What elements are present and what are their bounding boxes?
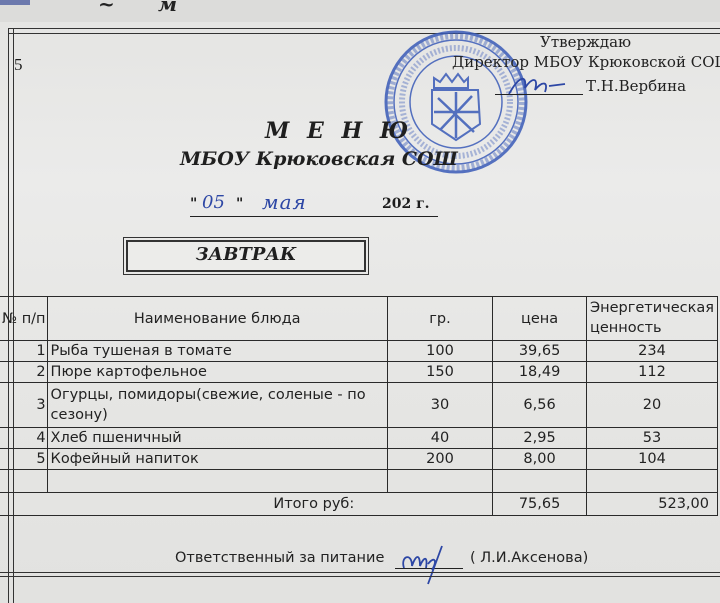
date-day: 05: [202, 192, 225, 213]
cell-price: 8,00: [493, 449, 587, 470]
cell-grams: 40: [387, 428, 492, 449]
approval-title: Утверждаю: [540, 33, 631, 51]
date-year: 202 г.: [382, 196, 430, 212]
cell-name: Хлеб пшеничный: [47, 428, 387, 449]
col-header-name: Наименование блюда: [47, 297, 387, 341]
cell-no: 4: [0, 428, 47, 449]
cell-energy: 20: [587, 383, 718, 428]
cell-name: Рыба тушеная в томате: [47, 341, 387, 362]
cell-name: Кофейный напиток: [47, 449, 387, 470]
ink-mark: [0, 0, 30, 5]
cell-energy: 112: [587, 362, 718, 383]
cell-energy: 234: [587, 341, 718, 362]
date-open-quote: ": [190, 196, 197, 212]
table-row: 2 Пюре картофельное 150 18,49 112: [0, 362, 718, 383]
meal-heading: ЗАВТРАК: [128, 244, 364, 265]
cell-price: 18,49: [493, 362, 587, 383]
menu-date: " 05 " мая 202 г.: [190, 196, 438, 217]
responsible-signature-icon: [398, 542, 458, 586]
director-name: Т.Н.Вербина: [586, 77, 686, 95]
cell-grams: 100: [387, 341, 492, 362]
page-number: 5: [14, 55, 23, 75]
cell-empty: [587, 470, 718, 493]
cell-no: 3: [0, 383, 47, 428]
menu-title: М Е Н Ю: [265, 118, 413, 144]
cell-price: 39,65: [493, 341, 587, 362]
cell-price: 6,56: [493, 383, 587, 428]
torn-page-fragment: ~ м: [0, 0, 720, 22]
clipped-text-fragment: м: [158, 0, 177, 16]
cell-grams: 150: [387, 362, 492, 383]
table-row: 1 Рыба тушеная в томате 100 39,65 234: [0, 341, 718, 362]
table-row: 5 Кофейный напиток 200 8,00 104: [0, 449, 718, 470]
table-row-empty: [0, 470, 718, 493]
cell-energy: 104: [587, 449, 718, 470]
cell-no: 2: [0, 362, 47, 383]
cell-grams: 30: [387, 383, 492, 428]
cell-no: 1: [0, 341, 47, 362]
cell-price: 2,95: [493, 428, 587, 449]
col-header-grams: гр.: [387, 297, 492, 341]
cell-empty: [493, 470, 587, 493]
date-month: мая: [262, 190, 307, 214]
meal-heading-box: ЗАВТРАК: [126, 240, 366, 272]
cell-name: Пюре картофельное: [47, 362, 387, 383]
date-close-quote: ": [236, 196, 243, 212]
table-header-row: № п/п Наименование блюда гр. цена Энерге…: [0, 297, 718, 341]
total-price: 75,65: [493, 493, 587, 516]
total-label: Итого руб:: [0, 493, 493, 516]
col-header-energy: Энергетическая ценность: [587, 297, 718, 341]
responsible-label: Ответственный за питание: [175, 550, 384, 566]
table-row: 3 Огурцы, помидоры(свежие, соленые - по …: [0, 383, 718, 428]
cell-empty: [47, 470, 387, 493]
approval-role: Директор МБОУ Крюковской СОШ: [452, 53, 720, 71]
col-header-price: цена: [493, 297, 587, 341]
clipped-text-fragment: ~: [98, 0, 115, 16]
responsible-name: ( Л.И.Аксенова): [470, 550, 588, 566]
director-signature-icon: [505, 72, 575, 98]
bottom-rule: [0, 572, 720, 577]
cell-empty: [0, 470, 47, 493]
school-name: МБОУ Крюковская СОШ: [180, 148, 458, 170]
cell-grams: 200: [387, 449, 492, 470]
cell-no: 5: [0, 449, 47, 470]
table-row: 4 Хлеб пшеничный 40 2,95 53: [0, 428, 718, 449]
cell-empty: [387, 470, 492, 493]
cell-name: Огурцы, помидоры(свежие, соленые - по се…: [47, 383, 387, 428]
cell-energy: 53: [587, 428, 718, 449]
total-energy: 523,00: [587, 493, 718, 516]
menu-table: № п/п Наименование блюда гр. цена Энерге…: [0, 296, 718, 516]
col-header-no: № п/п: [0, 297, 47, 341]
table-total-row: Итого руб: 75,65 523,00: [0, 493, 718, 516]
